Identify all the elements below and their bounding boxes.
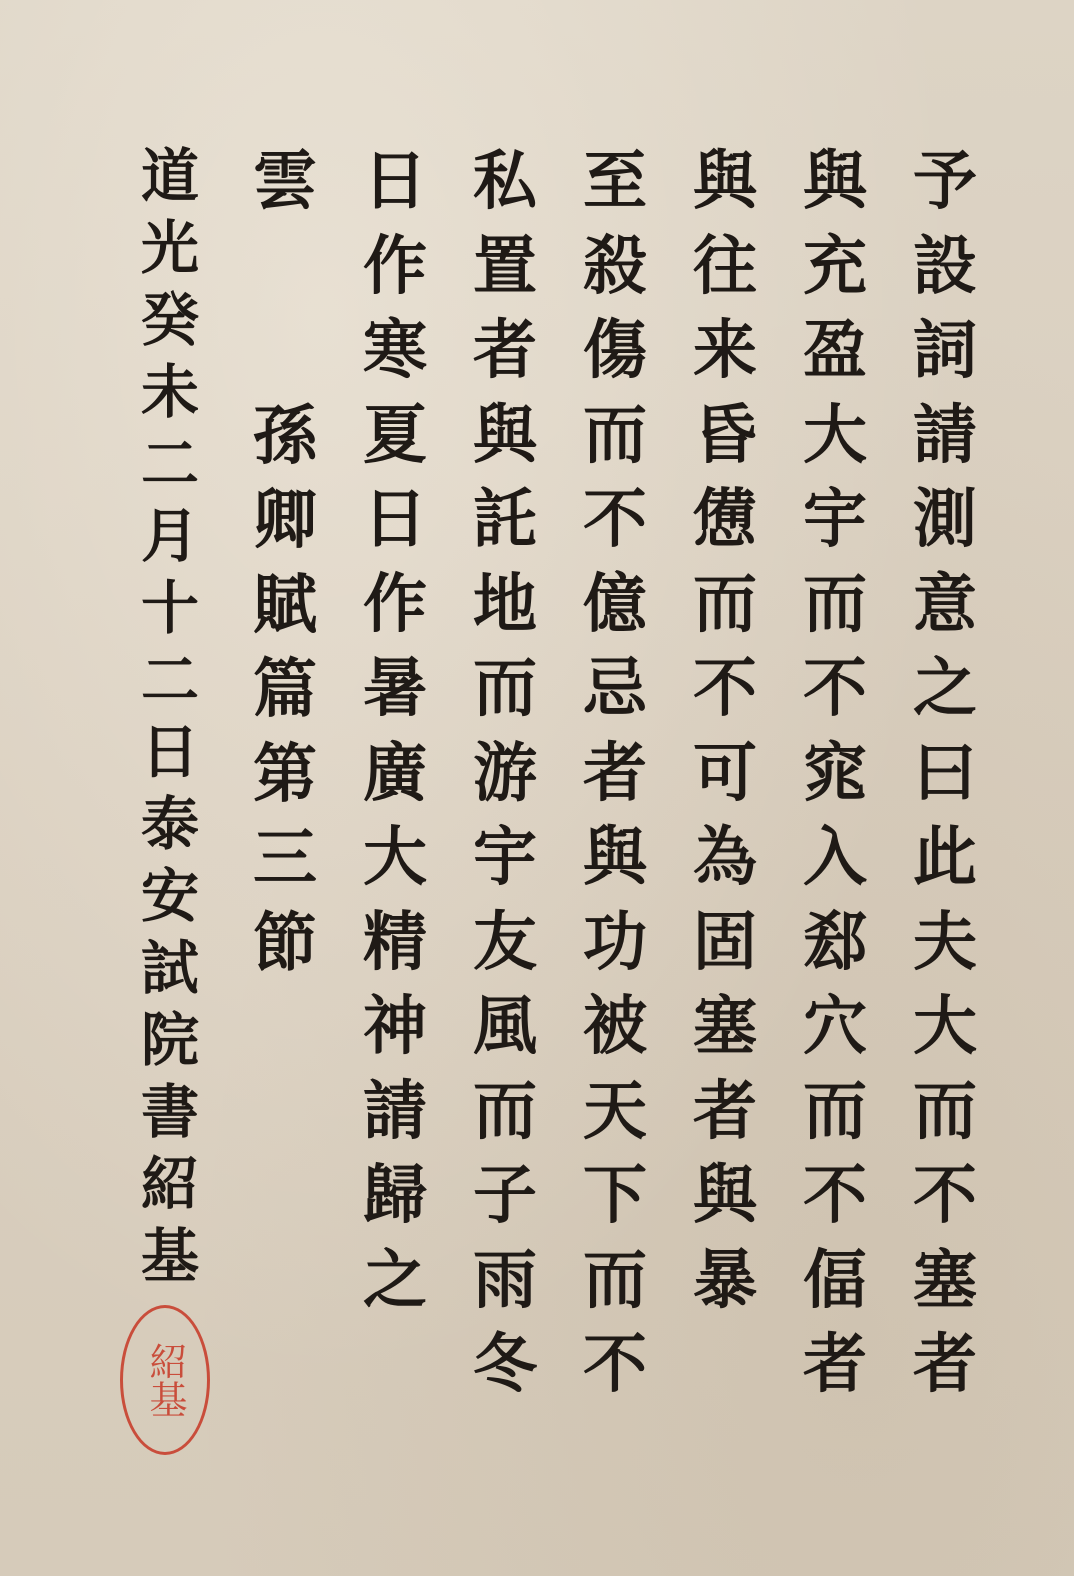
calligraphy-character: 二 <box>141 644 199 716</box>
calligraphy-character: 寒 <box>363 309 427 394</box>
calligraphy-character: 第 <box>253 733 317 818</box>
calligraphy-character: 功 <box>583 901 647 986</box>
calligraphy-character: 泰 <box>141 788 199 860</box>
text-column-4: 至殺傷而不億忌者與功被天下而不 <box>565 140 665 1408</box>
calligraphy-character: 忌 <box>583 647 647 732</box>
calligraphy-character: 者 <box>913 1323 977 1408</box>
calligraphy-character: 大 <box>913 985 977 1070</box>
calligraphy-character: 而 <box>583 1239 647 1324</box>
calligraphy-character: 而 <box>913 1070 977 1155</box>
calligraphy-character: 紹 <box>141 1148 199 1220</box>
calligraphy-character: 而 <box>473 1070 537 1155</box>
calligraphy-character: 光 <box>141 212 199 284</box>
calligraphy-character: 夫 <box>913 901 977 986</box>
calligraphy-character: 億 <box>583 563 647 648</box>
calligraphy-character: 十 <box>141 572 199 644</box>
calligraphy-character: 暴 <box>693 1239 757 1324</box>
text-column-8-colophon: 道光癸未二月十二日泰安試院書紹基 <box>120 140 220 1292</box>
calligraphy-character: 廣 <box>363 732 427 817</box>
calligraphy-character: 者 <box>473 309 537 394</box>
calligraphy-character: 曰 <box>913 732 977 817</box>
calligraphy-character: 置 <box>473 225 537 310</box>
calligraphy-character: 二 <box>141 428 199 500</box>
calligraphy-character: 癸 <box>141 284 199 356</box>
calligraphy-character: 與 <box>473 394 537 479</box>
text-column-5: 私置者與託地而游宇友風而子雨冬 <box>455 140 555 1408</box>
calligraphy-character: 下 <box>583 1154 647 1239</box>
calligraphy-character: 日 <box>363 140 427 225</box>
calligraphy-character: 者 <box>803 1323 867 1408</box>
calligraphy-character: 入 <box>803 816 867 901</box>
calligraphy-character: 不 <box>583 478 647 563</box>
calligraphy-character: 塞 <box>913 1239 977 1324</box>
calligraphy-character: 作 <box>363 563 427 648</box>
calligraphy-character: 殺 <box>583 225 647 310</box>
calligraphy-character: 設 <box>913 225 977 310</box>
calligraphy-character: 測 <box>913 478 977 563</box>
seal-text: 紹基 <box>142 1342 188 1418</box>
calligraphy-character: 昏 <box>693 394 757 479</box>
calligraphy-character: 未 <box>141 356 199 428</box>
calligraphy-character: 與 <box>693 1154 757 1239</box>
calligraphy-character: 基 <box>141 1220 199 1292</box>
calligraphy-character: 詞 <box>913 309 977 394</box>
text-column-6: 日作寒夏日作暑廣大精神請歸之 <box>345 140 445 1323</box>
calligraphy-character: 之 <box>363 1239 427 1324</box>
calligraphy-character: 天 <box>583 1070 647 1155</box>
calligraphy-character: 傷 <box>583 309 647 394</box>
calligraphy-character: 日 <box>141 716 199 788</box>
calligraphy-character: 風 <box>473 985 537 1070</box>
calligraphy-character: 游 <box>473 732 537 817</box>
calligraphy-character: 而 <box>803 1070 867 1155</box>
calligraphy-character: 往 <box>693 225 757 310</box>
calligraphy-character: 歸 <box>363 1154 427 1239</box>
calligraphy-character: 月 <box>141 500 199 572</box>
calligraphy-character: 盈 <box>803 309 867 394</box>
calligraphy-character: 者 <box>583 732 647 817</box>
calligraphy-character: 試 <box>141 932 199 1004</box>
calligraphy-character: 而 <box>473 647 537 732</box>
calligraphy-character: 而 <box>693 563 757 648</box>
calligraphy-character: 私 <box>473 140 537 225</box>
calligraphy-character: 神 <box>363 985 427 1070</box>
calligraphy-character: 宇 <box>473 816 537 901</box>
calligraphy-character: 予 <box>913 140 977 225</box>
calligraphy-character: 院 <box>141 1004 199 1076</box>
calligraphy-character: 穴 <box>803 985 867 1070</box>
calligraphy-character: 大 <box>803 394 867 479</box>
calligraphy-character: 宇 <box>803 478 867 563</box>
calligraphy-character: 此 <box>913 816 977 901</box>
calligraphy-character: 雨 <box>473 1239 537 1324</box>
calligraphy-character: 固 <box>693 901 757 986</box>
calligraphy-character: 大 <box>363 816 427 901</box>
calligraphy-character: 日 <box>363 478 427 563</box>
calligraphy-character: 憊 <box>693 478 757 563</box>
calligraphy-character: 請 <box>363 1070 427 1155</box>
calligraphy-character: 充 <box>803 225 867 310</box>
calligraphy-character: 来 <box>693 309 757 394</box>
calligraphy-character: 賦 <box>253 564 317 649</box>
calligraphy-character: 不 <box>803 1154 867 1239</box>
calligraphy-character: 與 <box>803 140 867 225</box>
text-column-2: 與充盈大宇而不窕入郄穴而不偪者 <box>785 140 885 1408</box>
calligraphy-character: 與 <box>583 816 647 901</box>
calligraphy-character: 窕 <box>803 732 867 817</box>
calligraphy-character: 請 <box>913 394 977 479</box>
calligraphy-character: 安 <box>141 860 199 932</box>
calligraphy-character: 不 <box>693 647 757 732</box>
calligraphy-character: 之 <box>913 647 977 732</box>
calligraphy-character: 偪 <box>803 1239 867 1324</box>
calligraphy-character: 與 <box>693 140 757 225</box>
calligraphy-character: 書 <box>141 1076 199 1148</box>
text-column-1: 予設詞請測意之曰此夫大而不塞者 <box>895 140 995 1408</box>
calligraphy-character: 孫 <box>253 395 317 480</box>
calligraphy-character: 地 <box>473 563 537 648</box>
calligraphy-character: 冬 <box>473 1323 537 1408</box>
calligraphy-character: 而 <box>803 563 867 648</box>
calligraphy-character: 者 <box>693 1070 757 1155</box>
calligraphy-character: 卿 <box>253 479 317 564</box>
calligraphy-character: 可 <box>693 732 757 817</box>
calligraphy-character: 精 <box>363 901 427 986</box>
calligraphy-character: 暑 <box>363 647 427 732</box>
text-column-7-attribution: 雲孫卿賦篇第三節 <box>235 140 335 986</box>
calligraphy-character: 至 <box>583 140 647 225</box>
calligraphy-character: 道 <box>141 140 199 212</box>
text-column-3: 與往来昏憊而不可為固塞者與暴 <box>675 140 775 1323</box>
calligraphy-character: 為 <box>693 816 757 901</box>
calligraphy-character: 意 <box>913 563 977 648</box>
calligraphy-character: 友 <box>473 901 537 986</box>
calligraphy-character: 篇 <box>253 648 317 733</box>
calligraphy-character: 子 <box>473 1154 537 1239</box>
red-seal-stamp: 紹基 <box>120 1305 210 1455</box>
calligraphy-character: 節 <box>253 902 317 987</box>
calligraphy-character: 三 <box>253 817 317 902</box>
calligraphy-character: 不 <box>803 647 867 732</box>
calligraphy-character: 作 <box>363 225 427 310</box>
calligraphy-character: 郄 <box>803 901 867 986</box>
calligraphy-paper: 予設詞請測意之曰此夫大而不塞者 與充盈大宇而不窕入郄穴而不偪者 與往来昏憊而不可… <box>0 0 1074 1576</box>
calligraphy-character: 不 <box>583 1323 647 1408</box>
calligraphy-character: 被 <box>583 985 647 1070</box>
calligraphy-character: 不 <box>913 1154 977 1239</box>
calligraphy-character: 夏 <box>363 394 427 479</box>
calligraphy-character: 而 <box>583 394 647 479</box>
calligraphy-character: 塞 <box>693 985 757 1070</box>
calligraphy-character: 託 <box>473 478 537 563</box>
calligraphy-character: 雲 <box>253 140 317 225</box>
